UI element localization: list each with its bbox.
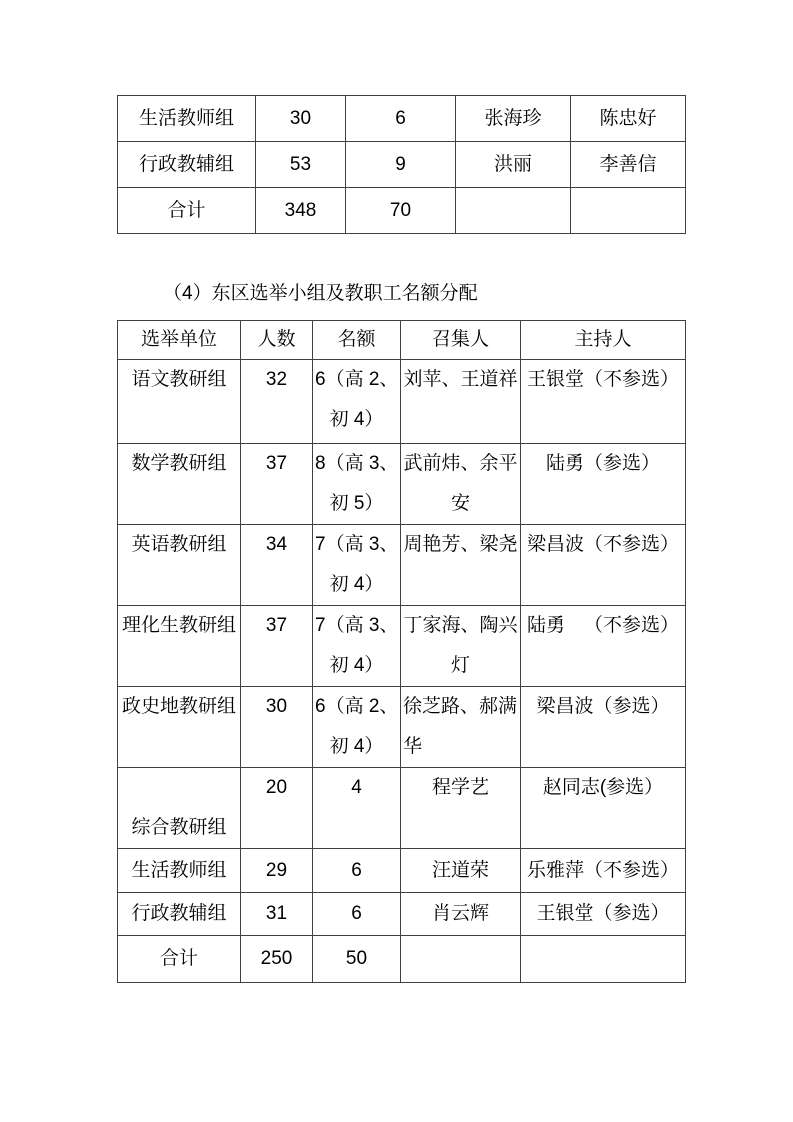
cell-line: 250	[243, 936, 310, 982]
table-cell: 250	[241, 936, 313, 983]
cell-line: 6	[348, 96, 453, 141]
section-heading: （4）东区选举小组及教职工名额分配	[163, 281, 478, 307]
table-row: 理化生教研组377（高 3、初 4）丁家海、陶兴灯陆勇 （不参选）	[118, 606, 686, 687]
cell-line: 周艳芳、梁尧	[403, 525, 518, 565]
table-cell: 37	[241, 444, 313, 525]
table-row: 生活教师组296汪道荣乐雅萍（不参选）	[118, 849, 686, 893]
table-cell: 乐雅萍（不参选）	[521, 849, 686, 893]
cell-line: 30	[258, 96, 343, 141]
cell-line: 政史地教研组	[120, 687, 238, 727]
table-cell	[401, 936, 521, 983]
cell-line: 合计	[120, 188, 253, 233]
cell-line: 初 4）	[315, 400, 398, 440]
cell-line: 梁昌波（参选）	[523, 687, 683, 727]
cell-line: 50	[315, 936, 398, 982]
cell-line: 初 4）	[315, 727, 398, 767]
cell-line: 陈忠好	[573, 96, 683, 141]
cell-line	[573, 188, 683, 233]
table-cell: 理化生教研组	[118, 606, 241, 687]
column-header: 名额	[313, 321, 401, 360]
table-cell: 50	[313, 936, 401, 983]
table-cell: 生活教师组	[118, 849, 241, 893]
table-cell: 4	[313, 768, 401, 849]
cell-line: 安	[403, 484, 518, 524]
table-cell: 汪道荣	[401, 849, 521, 893]
table-cell: 梁昌波（参选）	[521, 687, 686, 768]
table-cell: 6	[346, 96, 456, 142]
cell-line: 37	[243, 606, 310, 646]
table-cell	[456, 188, 571, 234]
cell-line: 张海珍	[458, 96, 568, 141]
cell-line	[403, 936, 518, 982]
cell-line: 9	[348, 142, 453, 187]
cell-line: 程学艺	[403, 768, 518, 808]
table-cell: 程学艺	[401, 768, 521, 849]
table-row: 行政教辅组316肖云辉王银堂（参选）	[118, 893, 686, 936]
table-cell: 语文教研组	[118, 360, 241, 444]
table-cell: 周艳芳、梁尧	[401, 525, 521, 606]
table-cell: 肖云辉	[401, 893, 521, 936]
cell-line: 7（高 3、	[315, 525, 398, 565]
cell-line: 6	[315, 849, 398, 892]
cell-line: 37	[243, 444, 310, 484]
table-cell: 英语教研组	[118, 525, 241, 606]
cell-line: 汪道荣	[403, 849, 518, 892]
table-cell: 洪丽	[456, 142, 571, 188]
table-cell: 张海珍	[456, 96, 571, 142]
cell-line: 理化生教研组	[120, 606, 238, 646]
table-cell: 丁家海、陶兴灯	[401, 606, 521, 687]
cell-line: 34	[243, 525, 310, 565]
table-cell: 7（高 3、初 4）	[313, 606, 401, 687]
table-cell: 70	[346, 188, 456, 234]
cell-line: 70	[348, 188, 453, 233]
table-row: 英语教研组347（高 3、初 4）周艳芳、梁尧梁昌波（不参选）	[118, 525, 686, 606]
cell-line: 刘苹、王道祥	[403, 360, 518, 400]
cell-line: 8（高 3、	[315, 444, 398, 484]
table-cell: 32	[241, 360, 313, 444]
cell-line: 灯	[403, 646, 518, 686]
table-row: 行政教辅组539洪丽李善信	[118, 142, 686, 188]
column-header: 主持人	[521, 321, 686, 360]
cell-line: 生活教师组	[120, 96, 253, 141]
table-cell: 6	[313, 893, 401, 936]
table-cell: 合计	[118, 936, 241, 983]
table-cell: 7（高 3、初 4）	[313, 525, 401, 606]
column-header: 选举单位	[118, 321, 241, 360]
table-cell: 赵同志(参选）	[521, 768, 686, 849]
cell-line: 行政教辅组	[120, 142, 253, 187]
table-cell: 梁昌波（不参选）	[521, 525, 686, 606]
cell-line: 王银堂（参选）	[523, 893, 683, 935]
table-cell: 31	[241, 893, 313, 936]
cell-line	[120, 768, 238, 808]
cell-line: 梁昌波（不参选）	[523, 525, 683, 565]
table-cell: 徐芝路、郝满华	[401, 687, 521, 768]
table-cell: 20	[241, 768, 313, 849]
table-cell: 34	[241, 525, 313, 606]
table-cell: 武前炜、余平安	[401, 444, 521, 525]
table-cell: 陈忠好	[571, 96, 686, 142]
cell-line	[523, 936, 683, 982]
cell-line: 20	[243, 768, 310, 808]
cell-line: 32	[243, 360, 310, 400]
table-cell: 30	[241, 687, 313, 768]
table-cell: 王银堂（不参选）	[521, 360, 686, 444]
table-cell: 政史地教研组	[118, 687, 241, 768]
cell-line: 赵同志(参选）	[523, 768, 683, 808]
table-cell: 37	[241, 606, 313, 687]
cell-line: 综合教研组	[120, 808, 238, 848]
table-cell: 数学教研组	[118, 444, 241, 525]
cell-line: 初 4）	[315, 646, 398, 686]
table-cell: 30	[256, 96, 346, 142]
table-cell	[521, 936, 686, 983]
table-cell: 行政教辅组	[118, 893, 241, 936]
table-cell: 6	[313, 849, 401, 893]
table-cell	[571, 188, 686, 234]
cell-line: 6（高 2、	[315, 360, 398, 400]
table-cell: 6（高 2、初 4）	[313, 360, 401, 444]
table-row: 语文教研组326（高 2、初 4）刘苹、王道祥王银堂（不参选）	[118, 360, 686, 444]
table-row: 综合教研组204程学艺赵同志(参选）	[118, 768, 686, 849]
cell-line	[458, 188, 568, 233]
cell-line: 31	[243, 893, 310, 935]
allocation-table-head: 选举单位人数名额召集人主持人	[118, 321, 686, 360]
cell-line: 348	[258, 188, 343, 233]
table-row: 生活教师组306张海珍陈忠好	[118, 96, 686, 142]
cell-line: 4	[315, 768, 398, 808]
table-cell: 348	[256, 188, 346, 234]
cell-line: 29	[243, 849, 310, 892]
cell-line: 王银堂（不参选）	[523, 360, 683, 400]
table-cell: 53	[256, 142, 346, 188]
cell-line: 数学教研组	[120, 444, 238, 484]
cell-line: 6	[315, 893, 398, 935]
cell-line: 徐芝路、郝满	[403, 687, 518, 727]
cell-line: 30	[243, 687, 310, 727]
cell-line: 7（高 3、	[315, 606, 398, 646]
table-cell: 合计	[118, 188, 256, 234]
cell-line: 6（高 2、	[315, 687, 398, 727]
table-row: 数学教研组378（高 3、初 5）武前炜、余平安陆勇（参选）	[118, 444, 686, 525]
document-page: 生活教师组306张海珍陈忠好行政教辅组539洪丽李善信合计34870 （4）东区…	[0, 0, 793, 1122]
table-cell: 8（高 3、初 5）	[313, 444, 401, 525]
cell-line: 53	[258, 142, 343, 187]
table-cell: 李善信	[571, 142, 686, 188]
cell-line: 生活教师组	[120, 849, 238, 892]
cell-line: 初 4）	[315, 565, 398, 605]
table-cell: 王银堂（参选）	[521, 893, 686, 936]
cell-line: 洪丽	[458, 142, 568, 187]
allocation-table-body: 语文教研组326（高 2、初 4）刘苹、王道祥王银堂（不参选）数学教研组378（…	[118, 360, 686, 983]
cell-line: 英语教研组	[120, 525, 238, 565]
summary-table-body: 生活教师组306张海珍陈忠好行政教辅组539洪丽李善信合计34870	[118, 96, 686, 234]
column-header: 召集人	[401, 321, 521, 360]
cell-line: 武前炜、余平	[403, 444, 518, 484]
table-row: 政史地教研组306（高 2、初 4）徐芝路、郝满华梁昌波（参选）	[118, 687, 686, 768]
table-cell: 综合教研组	[118, 768, 241, 849]
table-cell: 6（高 2、初 4）	[313, 687, 401, 768]
table-cell: 9	[346, 142, 456, 188]
cell-line: 语文教研组	[120, 360, 238, 400]
cell-line: 合计	[120, 936, 238, 982]
cell-line: 行政教辅组	[120, 893, 238, 935]
table-row: 合计34870	[118, 188, 686, 234]
cell-line: 李善信	[573, 142, 683, 187]
table-row: 合计25050	[118, 936, 686, 983]
cell-line: 丁家海、陶兴	[403, 606, 518, 646]
allocation-table: 选举单位人数名额召集人主持人 语文教研组326（高 2、初 4）刘苹、王道祥王银…	[117, 320, 686, 983]
table-cell: 行政教辅组	[118, 142, 256, 188]
column-header: 人数	[241, 321, 313, 360]
cell-line: 陆勇 （不参选）	[523, 606, 683, 646]
cell-line: 初 5）	[315, 484, 398, 524]
table-cell: 29	[241, 849, 313, 893]
cell-line: 华	[403, 727, 518, 767]
table-cell: 生活教师组	[118, 96, 256, 142]
summary-table: 生活教师组306张海珍陈忠好行政教辅组539洪丽李善信合计34870	[117, 95, 686, 234]
cell-line: 乐雅萍（不参选）	[523, 849, 683, 892]
cell-line: 陆勇（参选）	[523, 444, 683, 484]
table-cell: 陆勇（参选）	[521, 444, 686, 525]
header-row: 选举单位人数名额召集人主持人	[118, 321, 686, 360]
cell-line: 肖云辉	[403, 893, 518, 935]
table-cell: 陆勇 （不参选）	[521, 606, 686, 687]
table-cell: 刘苹、王道祥	[401, 360, 521, 444]
